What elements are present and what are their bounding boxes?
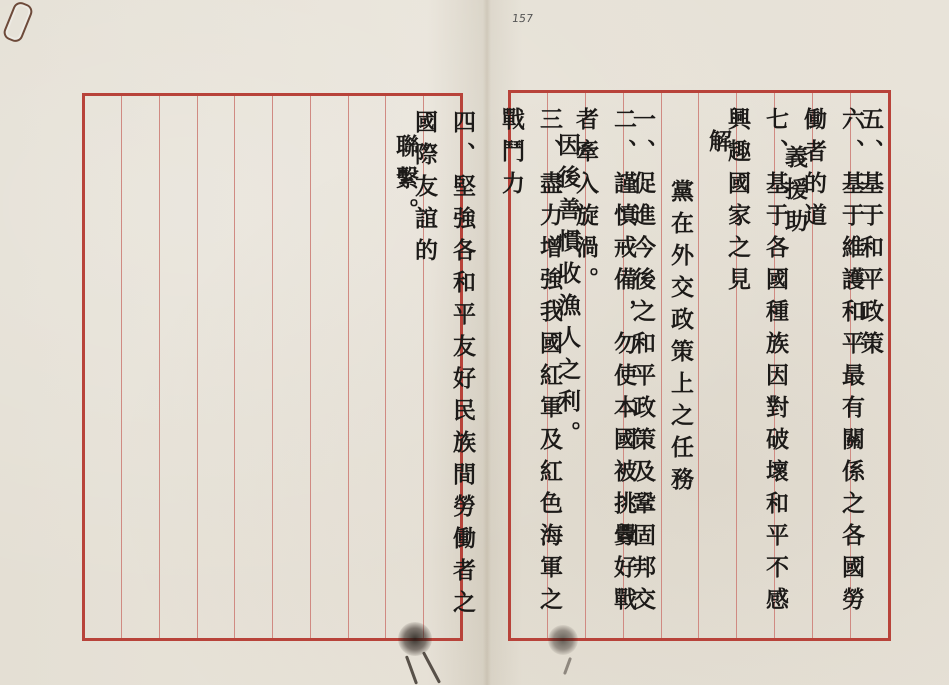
- left-column-2: 聯繫。: [386, 96, 424, 638]
- left-page-frame: 四、堅強各和平友好民族間勞働者之國際友誼的 聯繫。: [82, 93, 463, 641]
- right-column-6-heading: 黨在外交政策上之任務: [661, 93, 699, 638]
- right-column-5: 解: [699, 93, 737, 638]
- column-text: 聯繫。: [386, 134, 424, 638]
- right-column-8: 二、謹慎戒備，勿使本國被挑釁好戰者牽入旋渦。: [585, 93, 623, 638]
- page-number: 157: [511, 12, 534, 25]
- right-column-2: 六、基于維護和平最有關係之各國勞働者的道: [813, 93, 851, 638]
- column-rule: [272, 96, 273, 638]
- ink-blot: [548, 625, 578, 655]
- column-rule: [310, 96, 311, 638]
- left-column-1: 四、堅強各和平友好民族間勞働者之國際友誼的: [424, 96, 462, 638]
- column-rule: [234, 96, 235, 638]
- right-page-frame: 五、基于和平政策 六、基于維護和平最有關係之各國勞働者的道 義援助 七、基于各國…: [508, 90, 891, 641]
- column-text: 解: [699, 129, 737, 638]
- column-text: 三、盡力增強我國紅軍及紅色海軍之戰鬥力: [492, 107, 568, 638]
- right-column-10: 三、盡力增強我國紅軍及紅色海軍之戰鬥力: [511, 93, 549, 638]
- page-fold: [483, 0, 491, 685]
- right-column-4: 七、基于各國種族因對破壞和平不感興趣國家之見: [737, 93, 775, 638]
- section-heading: 黨在外交政策上之任務: [661, 179, 699, 638]
- column-rule: [121, 96, 122, 638]
- column-rule: [159, 96, 160, 638]
- column-rule: [197, 96, 198, 638]
- ink-blot: [398, 622, 432, 656]
- column-rule: [348, 96, 349, 638]
